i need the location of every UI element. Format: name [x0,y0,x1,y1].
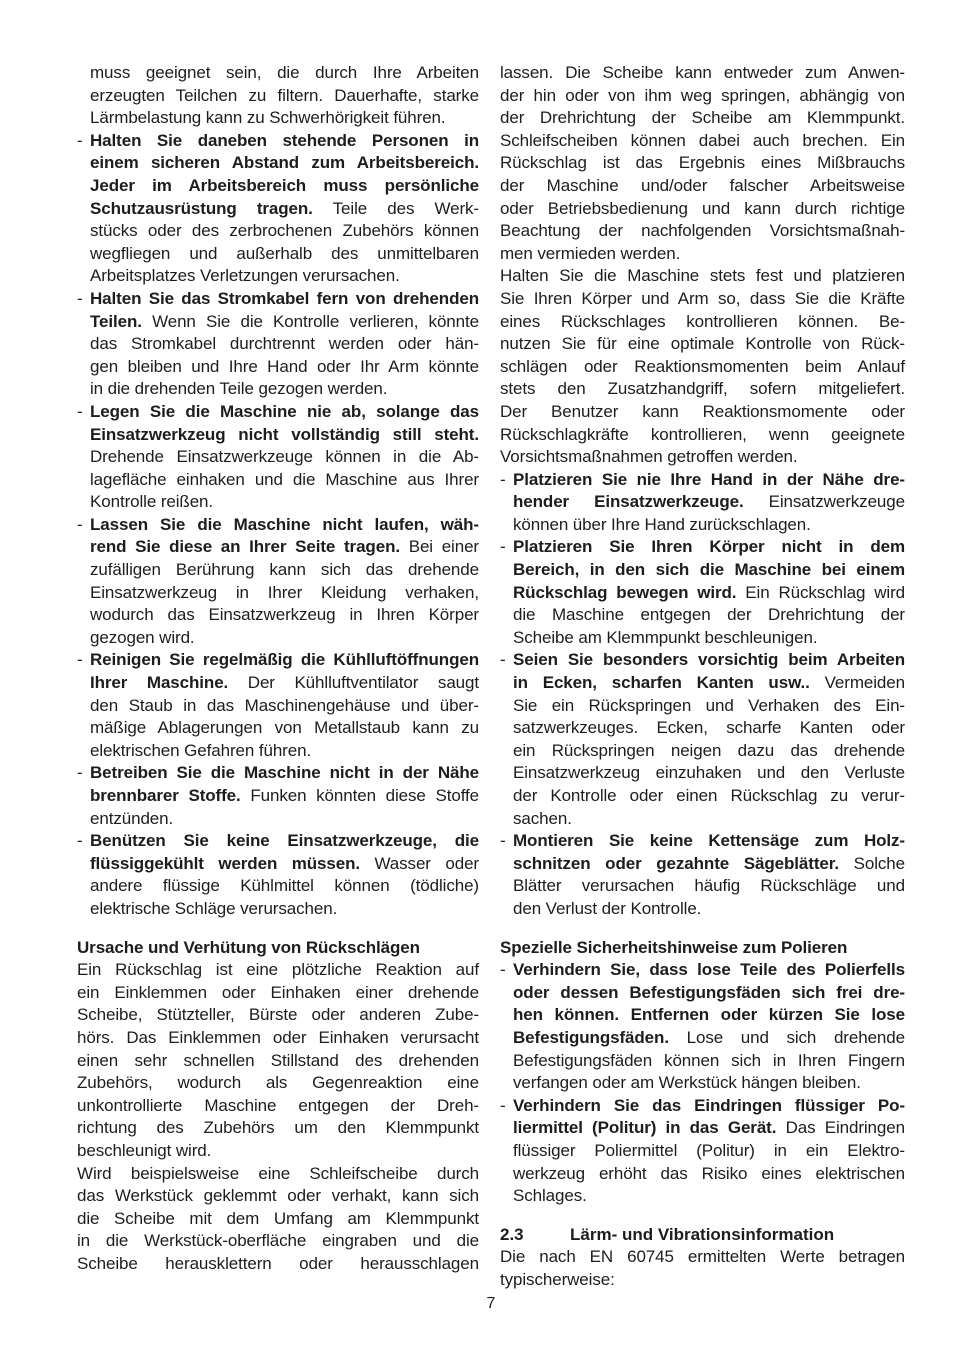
text-line: schlägen oder Reaktionsmomenten beim Anl… [500,356,905,379]
text-line: können über Ihre Hand zurückschlagen. [513,514,905,537]
regular-text-segment: richtung des Zubehörs um den Klemmpunkt [77,1118,479,1137]
regular-text-segment: einen sehr schnellen Stillstand des dreh… [77,1051,479,1070]
text-line: Bereich, in den sich die Maschine bei ei… [513,559,905,582]
list-bullet-dash: - [500,536,506,559]
text-line: Scheibe am Klemmpunkt beschleunigen. [513,627,905,650]
regular-text-segment: Rückschlag ist das Ergebnis eines Mißbra… [500,153,905,172]
regular-text-segment: Funken könnten diese Stoffe [241,786,479,805]
regular-text-segment: nutzen Sie für eine optimale Kontrolle v… [500,334,905,353]
regular-text-segment: unkontrollierte Maschine entgegen der Dr… [77,1096,479,1115]
regular-text-segment: eines Rückschlages kontrollieren können.… [500,312,905,331]
text-line: stücks oder des zerbrochenen Zubehörs kö… [90,220,479,243]
text-line: der hin oder von ihm weg springen, abhän… [500,85,905,108]
regular-text-segment: Beachtung der nachfolgenden Vorsichtsmaß… [500,221,905,240]
paragraph: Halten Sie die Maschine stets fest und p… [500,265,905,468]
text-line: hörs. Das Einklemmen oder Einhaken verur… [77,1027,479,1050]
regular-text-segment: Halten Sie die Maschine stets fest und p… [500,266,905,285]
text-line: den Verlust der Kontrolle. [513,898,905,921]
regular-text-segment: erzeugten Teilchen zu filtern. Dauerhaft… [90,86,479,105]
regular-text-segment: Schlages. [513,1186,587,1205]
regular-text-segment: Der Kühlluftventilator saugt [228,673,479,692]
text-line: typischerweise: [500,1269,905,1292]
regular-text-segment: Der Benutzer kann Reaktionsmomente oder [500,402,905,421]
bold-text-segment: Benützen Sie keine Einsatzwerkzeuge, die [90,831,479,850]
text-line: in die Werkstück-oberfläche eingraben un… [77,1230,479,1253]
bold-text-segment: Rückschlag bewegen wird. [513,583,736,602]
text-line: nutzen Sie für eine optimale Kontrolle v… [500,333,905,356]
text-line: in Ecken, scharfen Kanten usw.. Vermeide… [513,672,905,695]
text-line: Scheibe herausklettern oder herausschlag… [77,1253,479,1276]
list-item: -Seien Sie besonders vorsichtig beim Arb… [500,649,905,830]
text-line: einen sehr schnellen Stillstand des dreh… [77,1050,479,1073]
bold-text-segment: einem sicheren Abstand zum Arbeitsbereic… [90,153,479,172]
text-line: ein Einklemmen oder Einhaken einer drehe… [77,982,479,1005]
text-line: elektrische Schläge verursachen. [90,898,479,921]
bold-text-segment: brennbarer Stoffe. [90,786,241,805]
paragraph: lassen. Die Scheibe kann entweder zum An… [500,62,905,265]
regular-text-segment: Einsatzwerkzeuge [744,492,905,511]
regular-text-segment: Wird beispielsweise eine Schleifscheibe … [77,1164,479,1183]
regular-text-segment: mäßige Ablagerungen von Metallstaub kann… [90,718,479,737]
regular-text-segment: der Kontrolle oder einen Rückschlag zu v… [513,786,905,805]
regular-text-segment: zufälligen Berührung kann sich das drehe… [90,560,479,579]
regular-text-segment: lassen. Die Scheibe kann entweder zum An… [500,63,905,82]
regular-text-segment: Lärmbelastung kann zu Schwerhörigkeit fü… [90,108,446,127]
regular-text-segment: Wasser oder [360,854,479,873]
text-line: muss geeignet sein, die durch Ihre Arbei… [90,62,479,85]
section-heading: 2.3Lärm- und Vibrationsinformation [500,1224,905,1247]
text-line: der Drehrichtung der Scheibe am Klemmpun… [500,107,905,130]
regular-text-segment: werkzeug erhöht das Risiko eines elektri… [513,1164,905,1183]
regular-text-segment: muss geeignet sein, die durch Ihre Arbei… [90,63,479,82]
list-item: -Platzieren Sie nie Ihre Hand in der Näh… [500,469,905,537]
regular-text-segment: Wenn Sie die Kontrolle verlieren, könnte [142,312,479,331]
bold-text-segment: Platzieren Sie nie Ihre Hand in der Nähe… [513,470,905,489]
right-column: lassen. Die Scheibe kann entweder zum An… [500,62,905,1291]
regular-text-segment: beschleunigt wird. [77,1141,211,1160]
text-line: unkontrollierte Maschine entgegen der Dr… [77,1095,479,1118]
regular-text-segment: Scheibe, Stützteller, Bürste oder andere… [77,1005,479,1024]
text-line: beschleunigt wird. [77,1140,479,1163]
regular-text-segment: lagefläche einhaken und die Maschine aus… [90,470,479,489]
text-line: flüssiggekühlt werden müssen. Wasser ode… [90,853,479,876]
list-bullet-dash: - [500,469,506,492]
list-item: -Verhindern Sie, dass lose Teile des Pol… [500,959,905,1095]
text-line: in die drehenden Teile gezogen werden. [90,378,479,401]
regular-text-segment: schlägen oder Reaktionsmomenten beim Anl… [500,357,905,376]
list-bullet-dash: - [77,830,83,853]
bold-text-segment: oder dessen Befestigungsfäden sich frei … [513,983,905,1002]
text-line: das Stromkabel durchtrennt werden oder h… [90,333,479,356]
bold-text-segment: Spezielle Sicherheitshinweise zum Polier… [500,938,847,957]
paragraph: Die nach EN 60745 ermittelten Werte betr… [500,1246,905,1291]
text-line: elektrischen Gefahren führen. [90,740,479,763]
text-line: Der Benutzer kann Reaktionsmomente oder [500,401,905,424]
list-item: -Verhindern Sie das Eindringen flüssiger… [500,1095,905,1208]
bold-text-segment: flüssiggekühlt werden müssen. [90,854,360,873]
text-line: oder dessen Befestigungsfäden sich frei … [513,982,905,1005]
list-bullet-dash: - [77,762,83,785]
regular-text-segment: Scheibe am Klemmpunkt beschleunigen. [513,628,817,647]
text-line: Ein Rückschlag ist eine plötzliche Reakt… [77,959,479,982]
regular-text-segment: Teile des Werk- [313,199,479,218]
bold-text-segment: Einsatzwerkzeug nicht vollständig still … [90,425,479,444]
continuation-paragraph: muss geeignet sein, die durch Ihre Arbei… [77,62,479,130]
bold-text-segment: Schutzausrüstung tragen. [90,199,313,218]
text-line: Drehende Einsatzwerkzeuge können in die … [90,446,479,469]
regular-text-segment: andere flüssige Kühlmittel können (tödli… [90,876,479,895]
bold-text-segment: Montieren Sie keine Kettensäge zum Holz- [513,831,905,850]
regular-text-segment: das Werkstück geklemmt oder verhakt, kan… [77,1186,479,1205]
text-line: -Betreiben Sie die Maschine nicht in der… [90,762,479,785]
section-title: Lärm- und Vibrationsinformation [570,1224,834,1247]
text-line: hender Einsatzwerkzeuge. Einsatzwerkzeug… [513,491,905,514]
text-line: Kontrolle reißen. [90,491,479,514]
regular-text-segment: stets den Zusatzhandgriff, sofern mitgel… [500,379,905,398]
list-bullet-dash: - [500,959,506,982]
regular-text-segment: elektrische Schläge verursachen. [90,899,337,918]
list-item: -Legen Sie die Maschine nie ab, solange … [77,401,479,514]
text-line: gen bleiben und Ihre Hand oder Ihr Arm k… [90,356,479,379]
heading: Ursache und Verhütung von Rückschlägen [77,937,479,960]
text-line: stets den Zusatzhandgriff, sofern mitgel… [500,378,905,401]
text-line: -Verhindern Sie, dass lose Teile des Pol… [513,959,905,982]
text-line: eines Rückschlages kontrollieren können.… [500,311,905,334]
regular-text-segment: gezogen wird. [90,628,195,647]
regular-text-segment: hörs. Das Einklemmen oder Einhaken verur… [77,1028,479,1047]
text-line: flüssiger Poliermittel (Politur) in ein … [513,1140,905,1163]
list-bullet-dash: - [77,401,83,424]
regular-text-segment: die Maschine entgegen der Drehrichtung d… [513,605,905,624]
regular-text-segment: Ein Rückschlag ist eine plötzliche Reakt… [77,960,479,979]
regular-text-segment: oder Betriebsbedienung und kann durch ri… [500,199,905,218]
text-line: der Maschine und/oder falscher Arbeitswe… [500,175,905,198]
text-line: schnitzen oder gezahnte Sägeblätter. Sol… [513,853,905,876]
text-line: rend Sie diese an Ihrer Seite tragen. Be… [90,536,479,559]
regular-text-segment: entzünden. [90,809,173,828]
text-line: die Maschine entgegen der Drehrichtung d… [513,604,905,627]
text-line: einem sicheren Abstand zum Arbeitsbereic… [90,152,479,175]
text-line: der Kontrolle oder einen Rückschlag zu v… [513,785,905,808]
text-line: Ursache und Verhütung von Rückschlägen [77,937,479,960]
regular-text-segment: Einsatzwerkzeug in Ihrer Kleidung verhak… [90,583,479,602]
bold-text-segment: Verhindern Sie, dass lose Teile des Poli… [513,960,905,979]
regular-text-segment: Arbeitsplatzes Verletzungen verursachen. [90,266,400,285]
bold-text-segment: rend Sie diese an Ihrer Seite tragen. [90,537,400,556]
text-line: Einsatzwerkzeug in Ihrer Kleidung verhak… [90,582,479,605]
list-item: -Lassen Sie die Maschine nicht laufen, w… [77,514,479,650]
text-line: -Platzieren Sie nie Ihre Hand in der Näh… [513,469,905,492]
text-line: -Halten Sie das Stromkabel fern von dreh… [90,288,479,311]
bold-text-segment: Seien Sie besonders vorsichtig beim Arbe… [513,650,905,669]
text-line: -Montieren Sie keine Kettensäge zum Holz… [513,830,905,853]
text-columns: muss geeignet sein, die durch Ihre Arbei… [77,62,905,1291]
text-line: Rückschlag bewegen wird. Ein Rückschlag … [513,582,905,605]
text-line: Sie ein Rückspringen und Verhaken des Ei… [513,695,905,718]
regular-text-segment: typischerweise: [500,1270,615,1289]
regular-text-segment: Schleifscheiben können dabei auch breche… [500,131,905,150]
text-line: Vorsichtsmaßnahmen getroffen werden. [500,446,905,469]
paragraph: Wird beispielsweise eine Schleifscheibe … [77,1163,479,1276]
bold-text-segment: liermittel (Politur) in das Gerät. [513,1118,776,1137]
regular-text-segment: Ein Rückschlag wird [736,583,905,602]
text-line: -Halten Sie daneben stehende Personen in [90,130,479,153]
list-bullet-dash: - [500,1095,506,1118]
text-line: Jeder im Arbeitsbereich muss persönliche [90,175,479,198]
bold-text-segment: Jeder im Arbeitsbereich muss persönliche [90,176,479,195]
text-line: Lärmbelastung kann zu Schwerhörigkeit fü… [90,107,479,130]
list-bullet-dash: - [500,830,506,853]
regular-text-segment: Vermeiden [810,673,905,692]
list-item: -Halten Sie das Stromkabel fern von dreh… [77,288,479,401]
text-line: brennbarer Stoffe. Funken könnten diese … [90,785,479,808]
regular-text-segment: Befestigungsfäden können sich in Ihren F… [513,1051,905,1070]
list-bullet-dash: - [500,649,506,672]
regular-text-segment: Blätter verursachen häufig Rückschläge u… [513,876,905,895]
bold-text-segment: Ihrer Maschine. [90,673,228,692]
list-item: -Montieren Sie keine Kettensäge zum Holz… [500,830,905,920]
text-line: -Reinigen Sie regelmäßig die Kühlluftöff… [90,649,479,672]
text-line: -Platzieren Sie Ihren Körper nicht in de… [513,536,905,559]
list-item: -Benützen Sie keine Einsatzwerkzeuge, di… [77,830,479,920]
text-line: Arbeitsplatzes Verletzungen verursachen. [90,265,479,288]
text-line: -Legen Sie die Maschine nie ab, solange … [90,401,479,424]
text-line: Teilen. Wenn Sie die Kontrolle verlieren… [90,311,479,334]
regular-text-segment: Die nach EN 60745 ermittelten Werte betr… [500,1247,905,1266]
regular-text-segment: Einsatzwerkzeug einzuhaken und den Verlu… [513,763,905,782]
section-number: 2.3 [500,1224,570,1247]
text-line: Die nach EN 60745 ermittelten Werte betr… [500,1246,905,1269]
bold-text-segment: Halten Sie daneben stehende Personen in [90,131,479,150]
text-line: oder Betriebsbedienung und kann durch ri… [500,198,905,221]
text-line: Zubehörs, wodurch als Gegenreaktion eine [77,1072,479,1095]
text-line: richtung des Zubehörs um den Klemmpunkt [77,1117,479,1140]
text-line: -Lassen Sie die Maschine nicht laufen, w… [90,514,479,537]
text-line: Beachtung der nachfolgenden Vorsichtsmaß… [500,220,905,243]
regular-text-segment: Vorsichtsmaßnahmen getroffen werden. [500,447,798,466]
regular-text-segment: ein Einklemmen oder Einhaken einer drehe… [77,983,479,1002]
bold-text-segment: Ursache und Verhütung von Rückschlägen [77,938,420,957]
text-line: werkzeug erhöht das Risiko eines elektri… [513,1163,905,1186]
regular-text-segment: das Stromkabel durchtrennt werden oder h… [90,334,479,353]
text-line: Halten Sie die Maschine stets fest und p… [500,265,905,288]
regular-text-segment: stücks oder des zerbrochenen Zubehörs kö… [90,221,479,240]
bold-text-segment: Teilen. [90,312,142,331]
text-line: gezogen wird. [90,627,479,650]
bold-text-segment: Betreiben Sie die Maschine nicht in der … [90,763,479,782]
regular-text-segment: wegfliegen und außerhalb des unmittelbar… [90,244,479,263]
bold-text-segment: Bereich, in den sich die Maschine bei ei… [513,560,905,579]
regular-text-segment: können über Ihre Hand zurückschlagen. [513,515,811,534]
bold-text-segment: Halten Sie das Stromkabel fern von drehe… [90,289,479,308]
regular-text-segment: Zubehörs, wodurch als Gegenreaktion eine [77,1073,479,1092]
page-number: 7 [77,1294,905,1314]
regular-text-segment: den Verlust der Kontrolle. [513,899,701,918]
regular-text-segment: Lose und sich drehende [669,1028,905,1047]
text-line: men vermieden werden. [500,243,905,266]
regular-text-segment: elektrischen Gefahren führen. [90,741,311,760]
bold-text-segment: schnitzen oder gezahnte Sägeblätter. [513,854,839,873]
text-line: Rückschlag ist das Ergebnis eines Mißbra… [500,152,905,175]
bold-text-segment: hen können. Entfernen oder kürzen Sie lo… [513,1005,905,1024]
text-line: erzeugten Teilchen zu filtern. Dauerhaft… [90,85,479,108]
regular-text-segment: den Staub in das Maschinengehäuse und üb… [90,696,479,715]
list-item: -Betreiben Sie die Maschine nicht in der… [77,762,479,830]
text-line: lassen. Die Scheibe kann entweder zum An… [500,62,905,85]
left-column: muss geeignet sein, die durch Ihre Arbei… [77,62,479,1291]
text-line: wegfliegen und außerhalb des unmittelbar… [90,243,479,266]
regular-text-segment: satzwerkzeuges. Ecken, scharfe Kanten od… [513,718,905,737]
heading: Spezielle Sicherheitshinweise zum Polier… [500,937,905,960]
regular-text-segment: die Scheibe mit dem Umfang am Klemmpunkt [77,1209,479,1228]
text-line: -Seien Sie besonders vorsichtig beim Arb… [513,649,905,672]
text-line: zufälligen Berührung kann sich das drehe… [90,559,479,582]
text-line: Sie Ihren Körper und Arm so, dass Sie di… [500,288,905,311]
regular-text-segment: sachen. [513,809,572,828]
text-line: die Scheibe mit dem Umfang am Klemmpunkt [77,1208,479,1231]
text-line: satzwerkzeuges. Ecken, scharfe Kanten od… [513,717,905,740]
bold-text-segment: in Ecken, scharfen Kanten usw.. [513,673,810,692]
text-line: -Verhindern Sie das Eindringen flüssiger… [513,1095,905,1118]
text-line: Wird beispielsweise eine Schleifscheibe … [77,1163,479,1186]
regular-text-segment: wodurch das Einsatzwerkzeug in Ihren Kör… [90,605,479,624]
regular-text-segment: in die drehenden Teile gezogen werden. [90,379,387,398]
regular-text-segment: Rückschlagkräfte kontrollieren, wenn gee… [500,425,905,444]
paragraph: Ein Rückschlag ist eine plötzliche Reakt… [77,959,479,1162]
text-line: Scheibe, Stützteller, Bürste oder andere… [77,1004,479,1027]
regular-text-segment: in die Werkstück-oberfläche eingraben un… [77,1231,479,1250]
list-item: -Halten Sie daneben stehende Personen in… [77,130,479,288]
bold-text-segment: Verhindern Sie das Eindringen flüssiger … [513,1096,905,1115]
regular-text-segment: Solche [839,854,905,873]
text-line: Schleifscheiben können dabei auch breche… [500,130,905,153]
text-line: verfangen oder am Werkstück hängen bleib… [513,1072,905,1095]
regular-text-segment: Sie ein Rückspringen und Verhaken des Ei… [513,696,905,715]
regular-text-segment: men vermieden werden. [500,244,680,263]
text-line: liermittel (Politur) in das Gerät. Das E… [513,1117,905,1140]
bold-text-segment: Platzieren Sie Ihren Körper nicht in dem [513,537,905,556]
list-item: -Platzieren Sie Ihren Körper nicht in de… [500,536,905,649]
text-line: wodurch das Einsatzwerkzeug in Ihren Kör… [90,604,479,627]
regular-text-segment: Drehende Einsatzwerkzeuge können in die … [90,447,479,466]
bold-text-segment: Lassen Sie die Maschine nicht laufen, wä… [90,515,479,534]
regular-text-segment: Sie Ihren Körper und Arm so, dass Sie di… [500,289,905,308]
bold-text-segment: Legen Sie die Maschine nie ab, solange d… [90,402,479,421]
text-line: Einsatzwerkzeug einzuhaken und den Verlu… [513,762,905,785]
list-bullet-dash: - [77,514,83,537]
regular-text-segment: der Maschine und/oder falscher Arbeitswe… [500,176,905,195]
regular-text-segment: ein Rückspringen neigen dazu das drehend… [513,741,905,760]
bold-text-segment: Befestigungsfäden. [513,1028,669,1047]
text-line: entzünden. [90,808,479,831]
list-bullet-dash: - [77,649,83,672]
text-line: Blätter verursachen häufig Rückschläge u… [513,875,905,898]
text-line: Rückschlagkräfte kontrollieren, wenn gee… [500,424,905,447]
text-line: Einsatzwerkzeug nicht vollständig still … [90,424,479,447]
regular-text-segment: Scheibe herausklettern oder herausschlag… [77,1254,479,1273]
list-item: -Reinigen Sie regelmäßig die Kühlluftöff… [77,649,479,762]
text-line: -Benützen Sie keine Einsatzwerkzeuge, di… [90,830,479,853]
text-line: Ihrer Maschine. Der Kühlluftventilator s… [90,672,479,695]
list-bullet-dash: - [77,130,83,153]
text-line: hen können. Entfernen oder kürzen Sie lo… [513,1004,905,1027]
text-line: lagefläche einhaken und die Maschine aus… [90,469,479,492]
regular-text-segment: der hin oder von ihm weg springen, abhän… [500,86,905,105]
regular-text-segment: Kontrolle reißen. [90,492,213,511]
regular-text-segment: verfangen oder am Werkstück hängen bleib… [513,1073,861,1092]
regular-text-segment: flüssiger Poliermittel (Politur) in ein … [513,1141,905,1160]
regular-text-segment: Das Eindringen [776,1118,905,1137]
bold-text-segment: Reinigen Sie regelmäßig die Kühlluftöffn… [90,650,479,669]
text-line: mäßige Ablagerungen von Metallstaub kann… [90,717,479,740]
text-line: Schutzausrüstung tragen. Teile des Werk- [90,198,479,221]
document-page: { "page": { "number": "7", "background_c… [0,0,954,1351]
text-line: das Werkstück geklemmt oder verhakt, kan… [77,1185,479,1208]
text-line: sachen. [513,808,905,831]
list-bullet-dash: - [77,288,83,311]
text-line: den Staub in das Maschinengehäuse und üb… [90,695,479,718]
text-line: Befestigungsfäden. Lose und sich drehend… [513,1027,905,1050]
regular-text-segment: Bei einer [400,537,479,556]
text-line: Spezielle Sicherheitshinweise zum Polier… [500,937,905,960]
regular-text-segment: der Drehrichtung der Scheibe am Klemmpun… [500,108,905,127]
text-line: Befestigungsfäden können sich in Ihren F… [513,1050,905,1073]
text-line: Schlages. [513,1185,905,1208]
regular-text-segment: gen bleiben und Ihre Hand oder Ihr Arm k… [90,357,479,376]
bold-text-segment: hender Einsatzwerkzeuge. [513,492,744,511]
text-line: ein Rückspringen neigen dazu das drehend… [513,740,905,763]
text-line: andere flüssige Kühlmittel können (tödli… [90,875,479,898]
